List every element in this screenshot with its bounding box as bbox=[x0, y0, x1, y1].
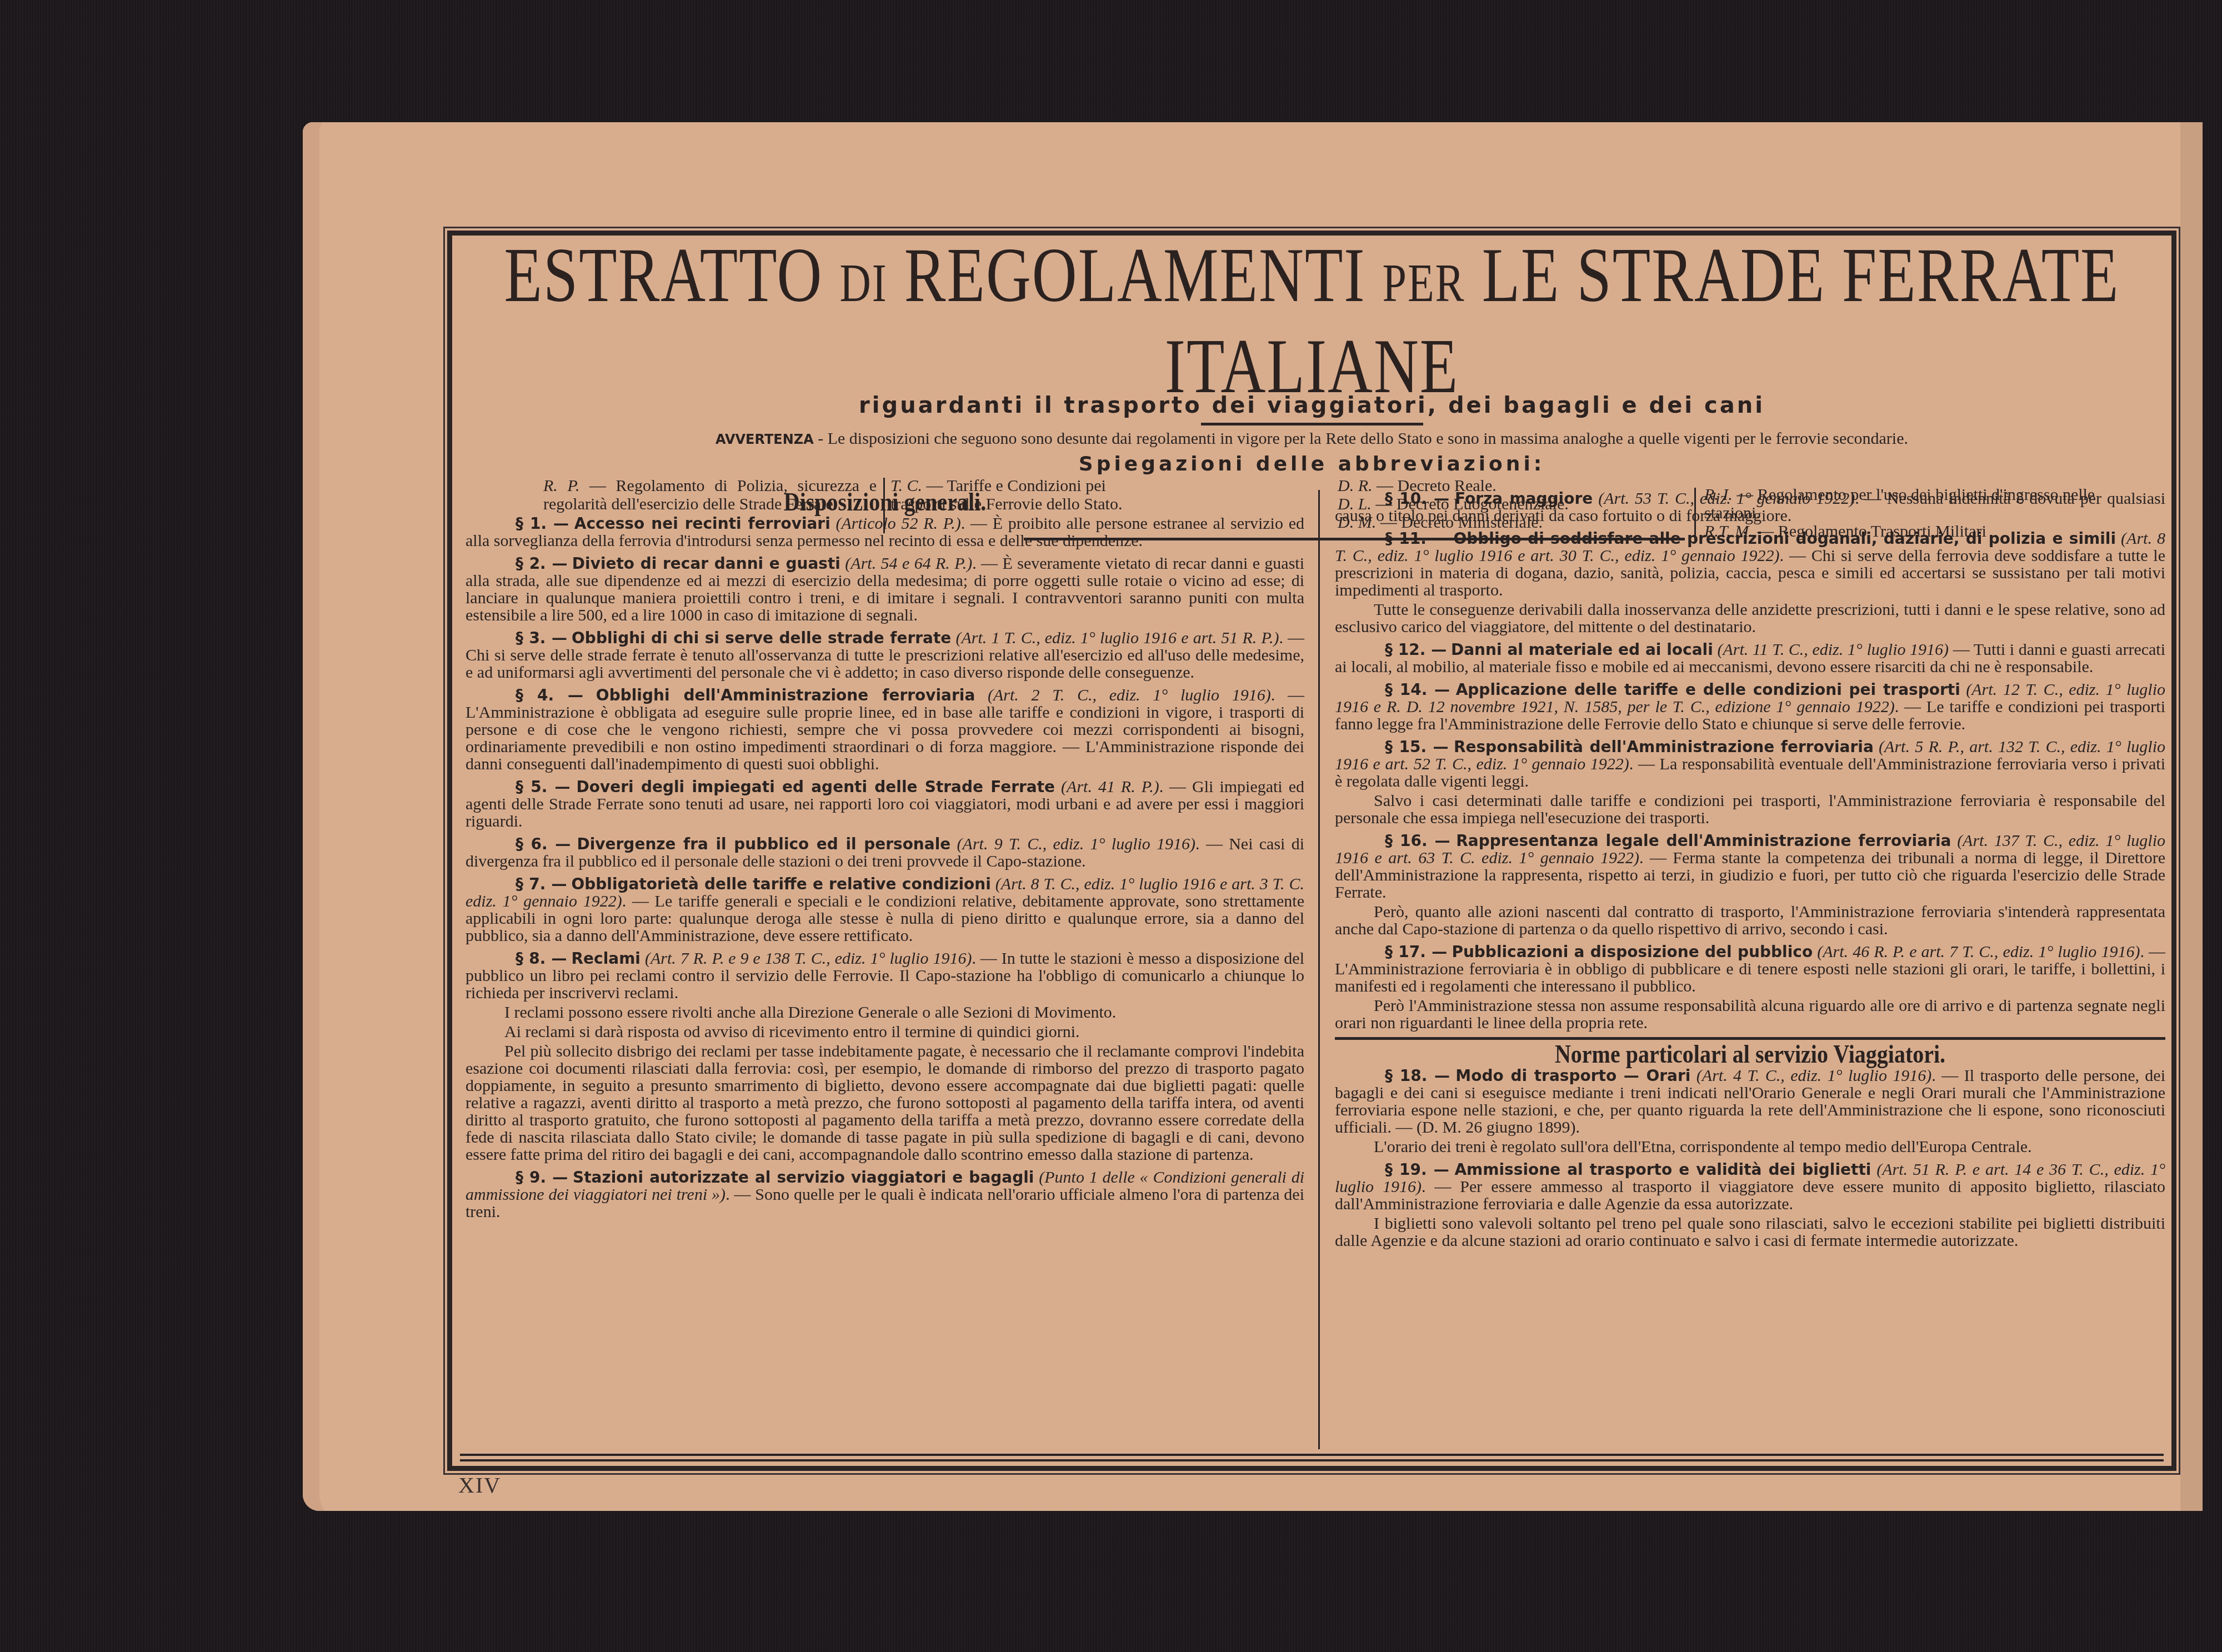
page-number: XIV bbox=[458, 1472, 501, 1498]
regulations-frame: ESTRATTO DI REGOLAMENTI PER LE STRADE FE… bbox=[447, 231, 2176, 1471]
regulation-paragraph: § 19. — Ammissione al trasporto e validi… bbox=[1335, 1161, 2165, 1213]
regulation-paragraph: § 8. — Reclami (Art. 7 R. P. e 9 e 138 T… bbox=[466, 950, 1304, 1002]
regulation-paragraph: § 17. — Pubblicazioni a disposizione del… bbox=[1335, 943, 2165, 995]
bottom-rule bbox=[460, 1454, 2164, 1461]
regulation-paragraph: § 7. — Obbligatorietà delle tariffe e re… bbox=[466, 875, 1304, 944]
content-columns: Disposizioni generali. § 1. — Accesso ne… bbox=[460, 490, 2164, 1460]
column-divider bbox=[1318, 490, 1320, 1449]
right-column: § 10. — Forza maggiore (Art. 53 T. C., e… bbox=[1335, 490, 2165, 1255]
section-title: Norme particolari al servizio Viaggiator… bbox=[1335, 1044, 2165, 1064]
regulation-paragraph: § 16. — Rappresentanza legale dell'Ammin… bbox=[1335, 832, 2165, 901]
regulation-paragraph: § 15. — Responsabilità dell'Amministrazi… bbox=[1335, 738, 2165, 790]
regulation-paragraph: Salvo i casi determinati dalle tariffe e… bbox=[1335, 792, 2165, 827]
abbreviations-title: Spiegazioni delle abbreviazioni: bbox=[460, 453, 2164, 475]
regulation-paragraph: § 12. — Danni al materiale ed ai locali … bbox=[1335, 641, 2165, 675]
regulation-paragraph: § 11. — Obbligo di soddisfare alle presc… bbox=[1335, 530, 2165, 599]
regulation-paragraph: L'orario dei treni è regolato sull'ora d… bbox=[1335, 1138, 2165, 1155]
notice: AVVERTENZA - Le disposizioni che seguono… bbox=[460, 429, 2164, 449]
regulation-paragraph: § 14. — Applicazione delle tariffe e del… bbox=[1335, 681, 2165, 733]
regulation-paragraph: § 6. — Divergenze fra il pubblico ed il … bbox=[466, 835, 1304, 870]
document-page: ESTRATTO DI REGOLAMENTI PER LE STRADE FE… bbox=[303, 122, 2203, 1511]
regulation-paragraph: § 5. — Doveri degli impiegati ed agenti … bbox=[466, 778, 1304, 830]
regulation-paragraph: Pel più sollecito disbrigo dei reclami p… bbox=[466, 1043, 1304, 1163]
regulation-paragraph: § 2. — Divieto di recar danni e guasti (… bbox=[466, 555, 1304, 624]
regulation-paragraph: Però, quanto alle azioni nascenti dal co… bbox=[1335, 903, 2165, 938]
regulation-paragraph: § 4. — Obblighi dell'Amministrazione fer… bbox=[466, 687, 1304, 773]
regulation-paragraph: § 1. — Accesso nei recinti ferroviari (A… bbox=[466, 515, 1304, 549]
regulation-paragraph: § 9. — Stazioni autorizzate al servizio … bbox=[466, 1169, 1304, 1220]
page-title: ESTRATTO DI REGOLAMENTI PER LE STRADE FE… bbox=[460, 234, 2164, 408]
regulation-paragraph: Però l'Amministrazione stessa non assume… bbox=[1335, 997, 2165, 1032]
regulation-paragraph: Ai reclami si darà risposta od avviso di… bbox=[466, 1023, 1304, 1040]
section-title: Disposizioni generali. bbox=[466, 492, 1304, 512]
regulation-paragraph: I biglietti sono valevoli soltanto pel t… bbox=[1335, 1215, 2165, 1249]
regulation-paragraph: I reclami possono essere rivolti anche a… bbox=[466, 1004, 1304, 1021]
left-column: Disposizioni generali. § 1. — Accesso ne… bbox=[466, 490, 1304, 1226]
page-edge bbox=[2180, 122, 2203, 1511]
regulation-paragraph: § 10. — Forza maggiore (Art. 53 T. C., e… bbox=[1335, 490, 2165, 524]
divider bbox=[1201, 423, 1423, 425]
regulation-paragraph: § 18. — Modo di trasporto — Orari (Art. … bbox=[1335, 1067, 2165, 1136]
notice-text: - Le disposizioni che seguono sono desun… bbox=[814, 429, 1908, 448]
regulation-paragraph: § 3. — Obblighi di chi si serve delle st… bbox=[466, 629, 1304, 681]
regulation-paragraph: Tutte le conseguenze derivabili dalla in… bbox=[1335, 601, 2165, 635]
notice-label: AVVERTENZA bbox=[715, 432, 814, 447]
